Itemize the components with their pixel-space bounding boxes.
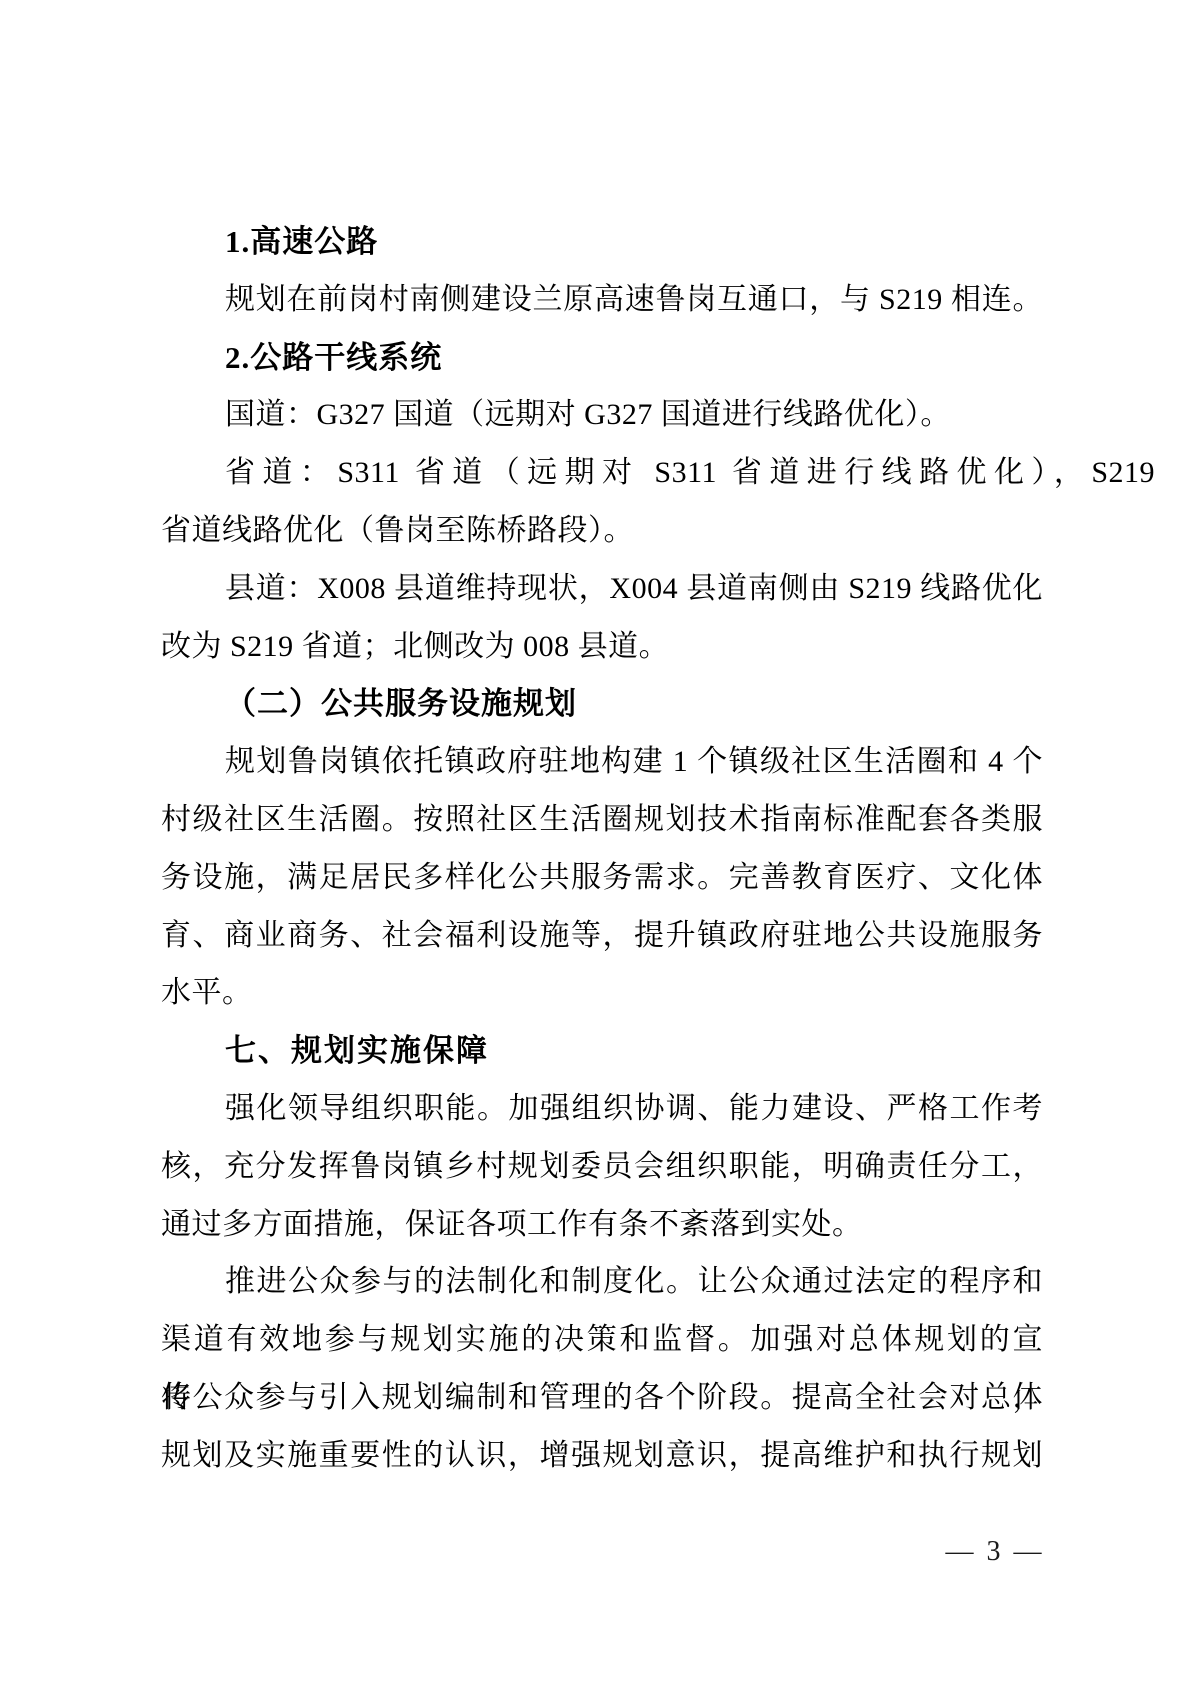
paragraph-line: 核，充分发挥鲁岗镇乡村规划委员会组织职能，明确责任分工， bbox=[161, 1138, 1043, 1196]
section-heading-highway: 1.高速公路 bbox=[161, 213, 1043, 271]
paragraph-line: 省道线路优化（鲁岗至陈桥路段）。 bbox=[161, 502, 1043, 560]
paragraph-line: 推进公众参与的法制化和制度化。让公众通过法定的程序和 bbox=[161, 1253, 1043, 1311]
paragraph-line: 国道：G327 国道（远期对 G327 国道进行线路优化）。 bbox=[161, 386, 1043, 444]
section-heading-public-service: （二）公共服务设施规划 bbox=[161, 675, 1043, 733]
paragraph-line: 规划及实施重要性的认识，增强规划意识，提高维护和执行规划 bbox=[161, 1427, 1043, 1485]
paragraph-line: 规划在前岗村南侧建设兰原高速鲁岗互通口，与 S219 相连。 bbox=[161, 271, 1043, 329]
document-body: 1.高速公路 规划在前岗村南侧建设兰原高速鲁岗互通口，与 S219 相连。 2.… bbox=[161, 213, 1043, 1485]
paragraph-line: 通过多方面措施，保证各项工作有条不紊落到实处。 bbox=[161, 1196, 1043, 1254]
paragraph-line: 渠道有效地参与规划实施的决策和监督。加强对总体规划的宣传， bbox=[161, 1311, 1043, 1369]
section-heading-trunk-road: 2.公路干线系统 bbox=[161, 329, 1043, 387]
paragraph-line: 务设施，满足居民多样化公共服务需求。完善教育医疗、文化体 bbox=[161, 849, 1043, 907]
paragraph-line: 将公众参与引入规划编制和管理的各个阶段。提高全社会对总体 bbox=[161, 1369, 1043, 1427]
paragraph-line: 改为 S219 省道；北侧改为 008 县道。 bbox=[161, 618, 1043, 676]
paragraph-line: 规划鲁岗镇依托镇政府驻地构建 1 个镇级社区生活圈和 4 个 bbox=[161, 733, 1043, 791]
paragraph-line: 水平。 bbox=[161, 964, 1043, 1022]
paragraph-line: 县道：X008 县道维持现状，X004 县道南侧由 S219 线路优化 bbox=[161, 560, 1043, 618]
page-number: — 3 — bbox=[918, 1532, 1072, 1572]
paragraph-line: 育、商业商务、社会福利设施等，提升镇政府驻地公共设施服务 bbox=[161, 907, 1043, 965]
paragraph-line: 村级社区生活圈。按照社区生活圈规划技术指南标准配套各类服 bbox=[161, 791, 1043, 849]
paragraph-line: 省道：S311 省道（远期对 S311 省道进行线路优化），S219 bbox=[161, 444, 1155, 502]
paragraph-line: 强化领导组织职能。加强组织协调、能力建设、严格工作考 bbox=[161, 1080, 1043, 1138]
document-page: 1.高速公路 规划在前岗村南侧建设兰原高速鲁岗互通口，与 S219 相连。 2.… bbox=[0, 0, 1190, 1683]
section-heading-implementation: 七、规划实施保障 bbox=[161, 1022, 1043, 1080]
